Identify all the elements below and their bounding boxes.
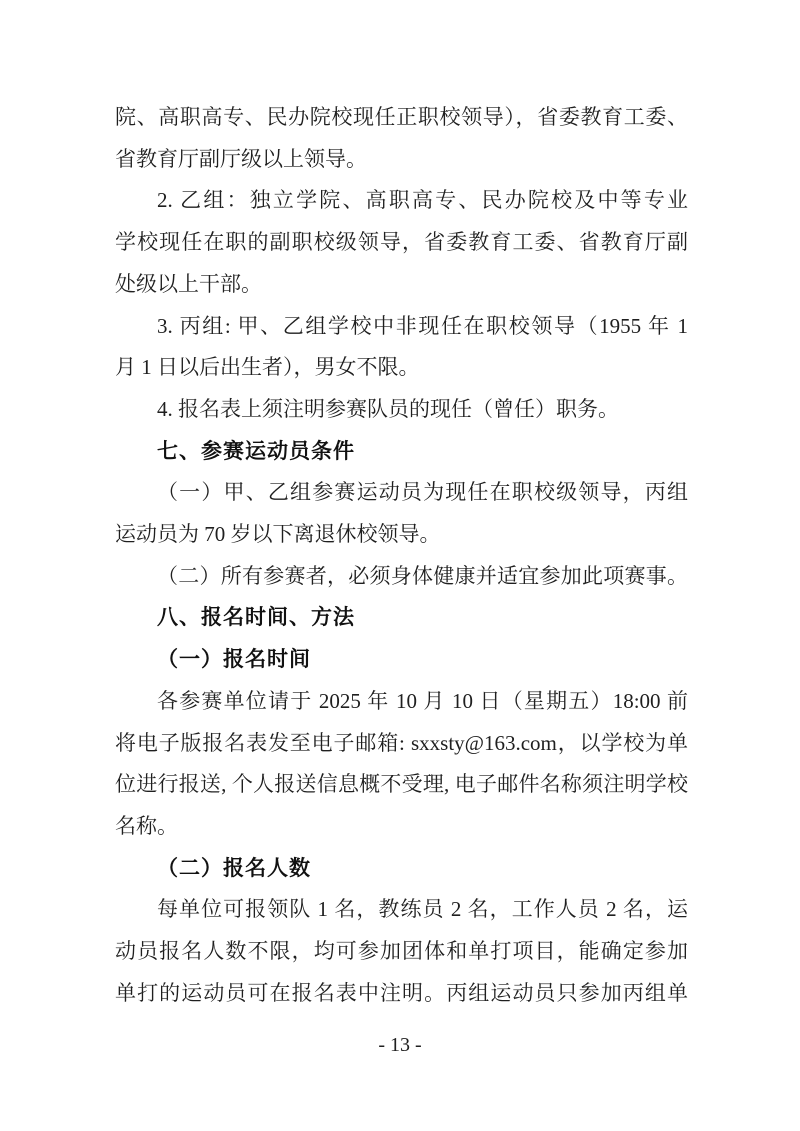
text-line: 4. 报名表上须注明参赛队员的现任（曾任）职务。 — [115, 389, 688, 431]
text-line: 各参赛单位请于 2025 年 10 月 10 日（星期五）18:00 前 — [115, 681, 688, 723]
text-line: 位进行报送, 个人报送信息概不受理, 电子邮件名称须注明学校 — [115, 764, 688, 806]
text-line: （二）所有参赛者，必须身体健康并适宜参加此项赛事。 — [115, 556, 688, 598]
text-line: 运动员为 70 岁以下离退休校领导。 — [115, 514, 688, 556]
text-line: 月 1 日以后出生者），男女不限。 — [115, 347, 688, 389]
heading-registration-time-method: 八、报名时间、方法 — [115, 597, 688, 639]
heading-registration-count: （二）报名人数 — [115, 848, 688, 890]
text-line: 2. 乙组：独立学院、高职高专、民办院校及中等专业 — [115, 180, 688, 222]
section-8: 八、报名时间、方法 — [115, 597, 688, 639]
text-line: 学校现任在职的副职校级领导，省委教育工委、省教育厅副 — [115, 222, 688, 264]
text-line: 省教育厅副厅级以上领导。 — [115, 139, 688, 181]
paragraph-entry-requirement: 4. 报名表上须注明参赛队员的现任（曾任）职务。 — [115, 389, 688, 431]
paragraph-group-c: 3. 丙组: 甲、乙组学校中非现任在职校领导（1955 年 1 月 1 日以后出… — [115, 306, 688, 389]
text-line: 处级以上干部。 — [115, 264, 688, 306]
paragraph-registration-time: 各参赛单位请于 2025 年 10 月 10 日（星期五）18:00 前 将电子… — [115, 681, 688, 848]
paragraph-group-b: 2. 乙组：独立学院、高职高专、民办院校及中等专业 学校现任在职的副职校级领导，… — [115, 180, 688, 305]
text-line: 动员报名人数不限，均可参加团体和单打项目，能确定参加 — [115, 931, 688, 973]
text-line: 院、高职高专、民办院校现任正职校领导），省委教育工委、 — [115, 97, 688, 139]
text-line: 每单位可报领队 1 名，教练员 2 名，工作人员 2 名，运 — [115, 889, 688, 931]
paragraph-registration-count: 每单位可报领队 1 名，教练员 2 名，工作人员 2 名，运 动员报名人数不限，… — [115, 889, 688, 1014]
section-7: 七、参赛运动员条件 — [115, 431, 688, 473]
subsection-registration-time: （一）报名时间 — [115, 639, 688, 681]
heading-athlete-conditions: 七、参赛运动员条件 — [115, 431, 688, 473]
paragraph-group-a-continued: 院、高职高专、民办院校现任正职校领导），省委教育工委、 省教育厅副厅级以上领导。 — [115, 97, 688, 180]
text-line: 将电子版报名表发至电子邮箱: sxxsty@163.com，以学校为单 — [115, 723, 688, 765]
text-line: 3. 丙组: 甲、乙组学校中非现任在职校领导（1955 年 1 — [115, 306, 688, 348]
page-number: - 13 - — [0, 1030, 800, 1060]
heading-registration-time: （一）报名时间 — [115, 639, 688, 681]
document-body: 院、高职高专、民办院校现任正职校领导），省委教育工委、 省教育厅副厅级以上领导。… — [115, 97, 688, 1014]
text-line: （一）甲、乙组参赛运动员为现任在职校级领导，丙组 — [115, 472, 688, 514]
text-line: 名称。 — [115, 806, 688, 848]
paragraph-condition-2: （二）所有参赛者，必须身体健康并适宜参加此项赛事。 — [115, 556, 688, 598]
paragraph-condition-1: （一）甲、乙组参赛运动员为现任在职校级领导，丙组 运动员为 70 岁以下离退休校… — [115, 472, 688, 555]
document-page: 院、高职高专、民办院校现任正职校领导），省委教育工委、 省教育厅副厅级以上领导。… — [0, 0, 800, 1131]
subsection-registration-count: （二）报名人数 — [115, 848, 688, 890]
text-line: 单打的运动员可在报名表中注明。丙组运动员只参加丙组单 — [115, 973, 688, 1015]
